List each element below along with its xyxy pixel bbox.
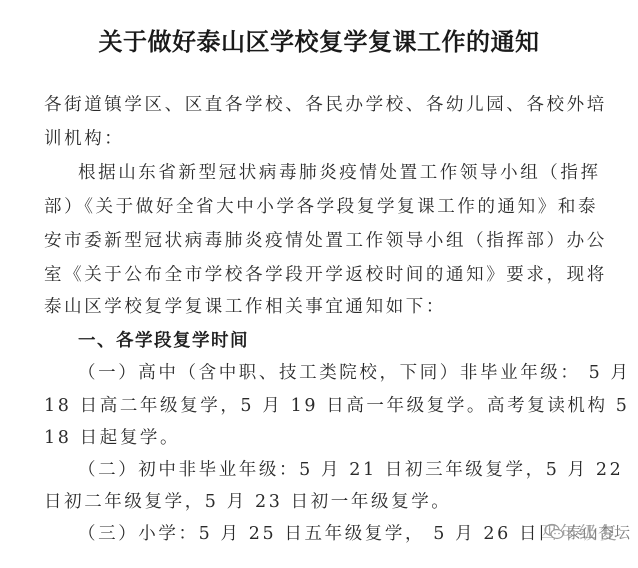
watermark-label: 泰山杏坛	[566, 520, 630, 543]
body-paragraph-line: 部）《关于做好全省大中小学各学段复学复课工作的通知》和泰	[44, 196, 598, 218]
item-3-line: （三）小学：5 月 25 日五年级复学， 5 月 26 日四年级复	[78, 523, 620, 545]
item-1-line: （一）高中（含中职、技工类院校，下同）非毕业年级： 5 月	[78, 362, 631, 384]
item-2-line: 日初二年级复学，5 月 23 日初一年级复学。	[44, 491, 451, 513]
body-paragraph-line: 根据山东省新型冠状病毒肺炎疫情处置工作领导小组（指挥	[78, 162, 601, 184]
item-2-line: （二）初中非毕业年级：5 月 21 日初三年级复学，5 月 22	[78, 459, 623, 481]
item-1-line: 18 日高二年级复学，5 月 19 日高一年级复学。高考复读机构 5 月	[44, 395, 638, 417]
body-paragraph-line: 泰山区学校复学复课工作相关事宜通知如下：	[44, 296, 446, 318]
wechat-icon	[544, 523, 564, 541]
section-heading: 一、各学段复学时间	[78, 330, 249, 352]
body-paragraph-line: 室《关于公布全市学校各学段开学返校时间的通知》要求，现将	[44, 264, 607, 286]
item-1-line: 18 日起复学。	[44, 427, 180, 449]
source-watermark: 泰山杏坛	[542, 520, 632, 543]
addressee-line-1: 各街道镇学区、区直各学校、各民办学校、各幼儿园、各校外培	[44, 94, 607, 116]
document-title: 关于做好泰山区学校复学复课工作的通知	[0, 22, 638, 57]
body-paragraph-line: 安市委新型冠状病毒肺炎疫情处置工作领导小组（指挥部）办公	[44, 230, 607, 252]
addressee-line-2: 训机构：	[44, 128, 124, 150]
